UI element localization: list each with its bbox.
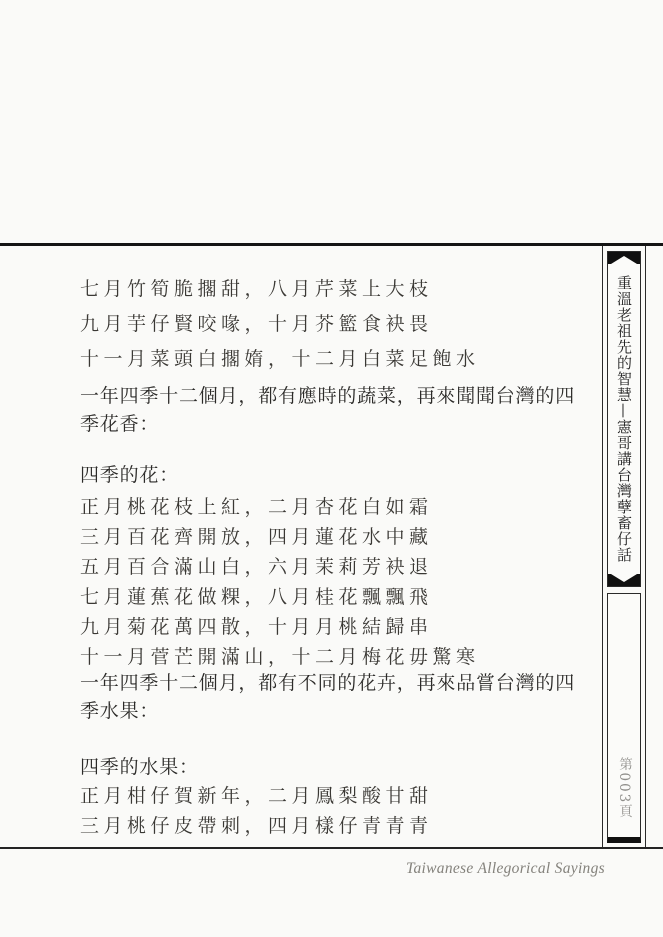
verse-line: 九月菊花萬四散，十月月桃結歸串 bbox=[80, 612, 480, 642]
flower-verse-block: 正月桃花枝上紅，二月杏花白如霜 三月百花齊開放，四月蓮花水中藏 五月百合滿山白，… bbox=[80, 492, 480, 672]
fruit-verse-block: 正月柑仔賀新年，二月鳳梨酸甘甜 三月桃仔皮帶刺，四月樣仔青青青 bbox=[80, 781, 433, 841]
verse-line: 十一月菅芒開滿山，十二月梅花毋驚寒 bbox=[80, 642, 480, 672]
verse-line: 正月柑仔賀新年，二月鳳梨酸甘甜 bbox=[80, 781, 433, 811]
ribbon-cap-bottom bbox=[608, 574, 640, 586]
verse-line: 七月竹筍脆擱甜，八月芹菜上大枝 bbox=[80, 272, 480, 307]
verse-line: 五月百合滿山白，六月茉莉芳袂退 bbox=[80, 552, 480, 582]
section-heading-flowers: 四季的花： bbox=[80, 460, 179, 487]
page-number-box: 第003頁 bbox=[607, 593, 641, 843]
section-heading-fruits: 四季的水果： bbox=[80, 752, 199, 779]
verse-line: 三月桃仔皮帶刺，四月樣仔青青青 bbox=[80, 811, 433, 841]
verse-line: 正月桃花枝上紅，二月杏花白如霜 bbox=[80, 492, 480, 522]
footer-text: Taiwanese Allegorical Sayings bbox=[406, 860, 605, 878]
chapter-title-vertical: 重溫老祖先的智慧—憲哥講台灣孽畜仔話 bbox=[608, 270, 640, 568]
vegetable-verse-block: 七月竹筍脆擱甜，八月芹菜上大枝 九月芋仔賢咬喙，十月芥籃食袂畏 十一月菜頭白擱媠… bbox=[80, 272, 480, 377]
ribbon-cap-top bbox=[608, 252, 640, 264]
bottom-divider bbox=[0, 847, 663, 849]
verse-line: 十一月菜頭白擱媠，十二月白菜足飽水 bbox=[80, 342, 480, 377]
paragraph-fruits-intro: 一年四季十二個月，都有不同的花卉，再來品嘗台灣的四季水果： bbox=[80, 670, 594, 726]
top-divider bbox=[0, 243, 663, 246]
paragraph-flowers-intro: 一年四季十二個月，都有應時的蔬菜，再來聞聞台灣的四季花香： bbox=[80, 383, 594, 439]
verse-line: 九月芋仔賢咬喙，十月芥籃食袂畏 bbox=[80, 307, 480, 342]
chapter-title-box: 重溫老祖先的智慧—憲哥講台灣孽畜仔話 bbox=[607, 251, 641, 587]
verse-line: 三月百花齊開放，四月蓮花水中藏 bbox=[80, 522, 480, 552]
page-number: 第003頁 bbox=[614, 749, 634, 827]
book-page: 七月竹筍脆擱甜，八月芹菜上大枝 九月芋仔賢咬喙，十月芥籃食袂畏 十一月菜頭白擱媠… bbox=[0, 0, 663, 937]
verse-line: 七月蓮蕉花做粿，八月桂花飄飄飛 bbox=[80, 582, 480, 612]
chapter-sidebar: 重溫老祖先的智慧—憲哥講台灣孽畜仔話 第003頁 bbox=[602, 246, 646, 847]
